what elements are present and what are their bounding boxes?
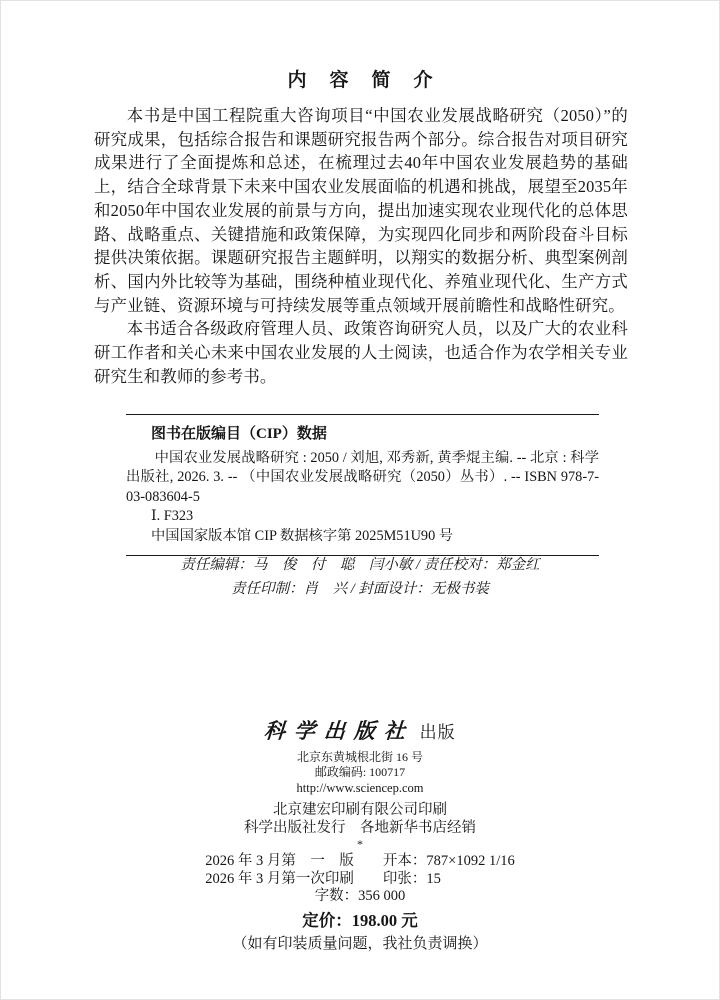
cip-heading: 图书在版编目（CIP）数据 [151,425,599,443]
publisher-logo-suffix: 出版 [414,723,455,742]
cip-classification: Ⅰ. F323 [151,507,599,526]
printer-info: 北京建宏印刷有限公司印刷 [1,801,719,820]
content-summary-section: 内 容 简 介 本书是中国工程院重大咨询项目“中国农业发展战略研究（2050）”… [94,65,628,388]
edition-line-2: 2026 年 3 月第一次印刷 印张：15 [205,870,514,888]
edition-line-1: 2026 年 3 月第 一 版 开本：787×1092 1/16 [205,852,514,870]
cip-registry-number: 中国国家版本馆 CIP 数据核字第 2025M51U90 号 [151,527,599,546]
cip-data-box: 图书在版编目（CIP）数据 中国农业发展战略研究 : 2050 / 刘旭, 邓秀… [126,414,599,556]
summary-paragraph-2: 本书适合各级政府管理人员、政策咨询研究人员，以及广大的农业科研工作者和关心未来中… [94,317,628,388]
quality-note: （如有印装质量问题，我社负责调换） [1,934,719,954]
edition-block: 2026 年 3 月第 一 版 开本：787×1092 1/16 2026 年 … [205,852,514,888]
cip-record: 中国农业发展战略研究 : 2050 / 刘旭, 邓秀新, 黄季焜主编. -- 北… [126,449,599,507]
credits-line-print-design: 责任印制：肖 兴 / 封面设计：无极书装 [1,577,719,601]
summary-title: 内 容 简 介 [94,65,628,92]
summary-paragraph-1: 本书是中国工程院重大咨询项目“中国农业发展战略研究（2050）”的研究成果，包括… [94,104,628,317]
distribution-info: 科学出版社发行 各地新华书店经销 [1,820,719,837]
publisher-postcode: 邮政编码: 100717 [1,765,719,780]
publisher-website: http://www.sciencep.com [1,780,719,796]
separator-star: * [1,837,719,852]
publisher-colophon: 科学出版社 出版 北京东黄城根北街 16 号 邮政编码: 100717 http… [1,717,719,954]
credits-line-editors: 责任编辑：马 俊 付 聪 闫小敏 / 责任校对：郑金红 [1,553,719,577]
editorial-credits: 责任编辑：马 俊 付 聪 闫小敏 / 责任校对：郑金红 责任印制：肖 兴 / 封… [1,553,719,601]
book-copyright-page: 内 容 简 介 本书是中国工程院重大咨询项目“中国农业发展战略研究（2050）”… [0,0,720,1000]
price: 定价：198.00 元 [1,910,719,932]
word-count: 字数：356 000 [1,888,719,905]
publisher-address: 北京东黄城根北街 16 号 [1,750,719,765]
publisher-logo: 科学出版社 [263,717,415,745]
publisher-logo-line: 科学出版社 出版 [1,717,719,748]
edition-info: 2026 年 3 月第 一 版 开本：787×1092 1/16 2026 年 … [1,852,719,888]
